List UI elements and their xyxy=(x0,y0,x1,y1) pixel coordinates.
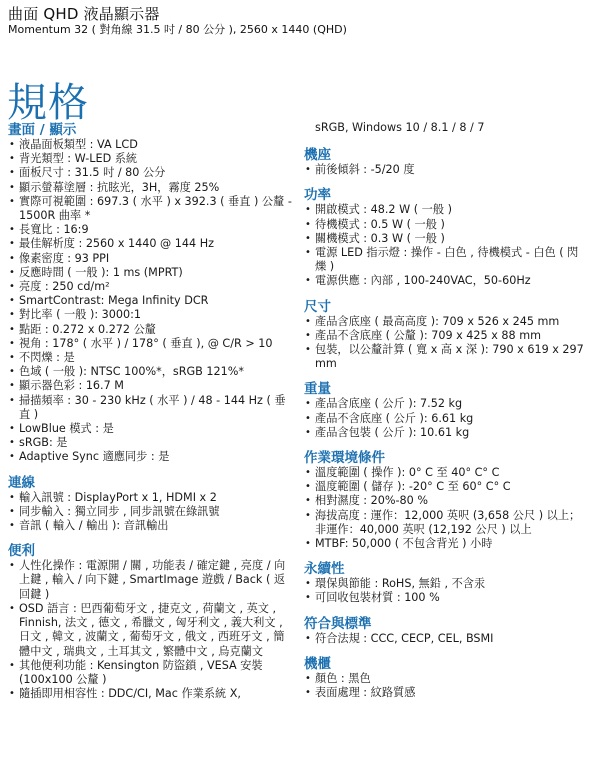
spec-list: 產品含底座 ( 公斤 ): 7.52 kg產品不含底座 ( 公斤 ): 6.61… xyxy=(304,397,586,440)
spec-item: 反應時間 ( 一般 ): 1 ms (MPRT) xyxy=(8,266,293,280)
spec-item: 待機模式 : 0.5 W ( 一般 ) xyxy=(304,218,586,232)
continued-spec-text: sRGB, Windows 10 / 8.1 / 8 / 7 xyxy=(304,121,586,135)
spec-item: 實際可視範圍 : 697.3 ( 水平 ) x 392.3 ( 垂直 ) 公釐 … xyxy=(8,195,293,223)
spec-item: 隨插即用相容性 : DDC/CI, Mac 作業系統 X, xyxy=(8,687,293,701)
spec-item: 不閃爍 : 是 xyxy=(8,351,293,365)
spec-item: 包裝，以公釐計算 ( 寬 x 高 x 深 ): 790 x 619 x 297 … xyxy=(304,343,586,371)
spec-list: 產品含底座 ( 最高高度 ): 709 x 526 x 245 mm產品不含底座… xyxy=(304,315,586,372)
spec-section: 機座前後傾斜 : -5/20 度 xyxy=(304,147,586,177)
spec-item: 溫度範圍 ( 儲存 ): -20° C 至 60° C° C xyxy=(304,480,586,494)
spec-item: 掃描頻率 : 30 - 230 kHz ( 水平 ) / 48 - 144 Hz… xyxy=(8,394,293,422)
spec-item: 最佳解析度 : 2560 x 1440 @ 144 Hz xyxy=(8,237,293,251)
product-subtitle: Momentum 32 ( 對角線 31.5 吋 / 80 公分 ), 2560… xyxy=(8,23,347,37)
spec-item: 長寬比 : 16:9 xyxy=(8,223,293,237)
spec-item: 開啟模式 : 48.2 W ( 一般 ) xyxy=(304,203,586,217)
spec-item: SmartContrast: Mega Infinity DCR xyxy=(8,294,293,308)
section-heading: 連線 xyxy=(8,475,293,491)
spec-item: 像素密度 : 93 PPI xyxy=(8,252,293,266)
spec-item: 點距 : 0.272 x 0.272 公釐 xyxy=(8,323,293,337)
spec-item: 產品含底座 ( 公斤 ): 7.52 kg xyxy=(304,397,586,411)
spec-item: Adaptive Sync 適應同步 : 是 xyxy=(8,450,293,464)
section-heading: 功率 xyxy=(304,187,586,203)
right-column: sRGB, Windows 10 / 8.1 / 8 / 7 機座前後傾斜 : … xyxy=(304,121,586,710)
spec-section: 機櫃顏色 : 黑色表面處理 : 紋路質感 xyxy=(304,656,586,700)
spec-item: LowBlue 模式 : 是 xyxy=(8,422,293,436)
section-heading: 作業環境條件 xyxy=(304,450,586,466)
section-heading: 機櫃 xyxy=(304,656,586,672)
spec-section: 連線輸入訊號 : DisplayPort x 1, HDMI x 2同步輸入 :… xyxy=(8,475,293,534)
spec-section: 重量產品含底座 ( 公斤 ): 7.52 kg產品不含底座 ( 公斤 ): 6.… xyxy=(304,381,586,440)
spec-item: 海拔高度 : 運作：12,000 英呎 (3,658 公尺 ) 以上；非運作：4… xyxy=(304,509,586,537)
spec-list: 溫度範圍 ( 操作 ): 0° C 至 40° C° C溫度範圍 ( 儲存 ):… xyxy=(304,466,586,551)
spec-item: 電源供應 : 內部 , 100-240VAC，50-60Hz xyxy=(304,274,586,288)
spec-item: 產品含包裝 ( 公斤 ): 10.61 kg xyxy=(304,426,586,440)
spec-list: 環保與節能 : RoHS, 無鉛 , 不含汞可回收包裝材質 : 100 % xyxy=(304,577,586,605)
spec-item: 對比率 ( 一般 ): 3000:1 xyxy=(8,308,293,322)
spec-item: 背光類型 : W-LED 系統 xyxy=(8,152,293,166)
section-heading: 機座 xyxy=(304,147,586,163)
spec-section: 作業環境條件溫度範圍 ( 操作 ): 0° C 至 40° C° C溫度範圍 (… xyxy=(304,450,586,551)
spec-list: 液晶面板類型 : VA LCD背光類型 : W-LED 系統面板尺寸 : 31.… xyxy=(8,138,293,465)
spec-item: 溫度範圍 ( 操作 ): 0° C 至 40° C° C xyxy=(304,466,586,480)
spec-list: 開啟模式 : 48.2 W ( 一般 )待機模式 : 0.5 W ( 一般 )關… xyxy=(304,203,586,288)
spec-section: 永續性環保與節能 : RoHS, 無鉛 , 不含汞可回收包裝材質 : 100 % xyxy=(304,561,586,605)
spec-item: 環保與節能 : RoHS, 無鉛 , 不含汞 xyxy=(304,577,586,591)
left-column: 畫面 / 顯示液晶面板類型 : VA LCD背光類型 : W-LED 系統面板尺… xyxy=(8,122,293,711)
section-heading: 畫面 / 顯示 xyxy=(8,122,293,138)
spec-item: OSD 語言 : 巴西葡萄牙文 , 捷克文 , 荷蘭文 , 英文 , Finni… xyxy=(8,602,293,659)
spec-section: 便利人性化操作 : 電源開 / 關 , 功能表 / 確定鍵 , 亮度 / 向上鍵… xyxy=(8,543,293,701)
spec-list: 顏色 : 黑色表面處理 : 紋路質感 xyxy=(304,672,586,700)
spec-item: sRGB: 是 xyxy=(8,436,293,450)
spec-item: 電源 LED 指示燈 : 操作 - 白色 , 待機模式 - 白色 ( 閃爍 ) xyxy=(304,246,586,274)
spec-item: 可回收包裝材質 : 100 % xyxy=(304,591,586,605)
spec-item: 同步輸入 : 獨立同步 , 同步訊號在綠訊號 xyxy=(8,505,293,519)
section-heading: 符合與標準 xyxy=(304,616,586,632)
spec-section: 尺寸產品含底座 ( 最高高度 ): 709 x 526 x 245 mm產品不含… xyxy=(304,299,586,372)
spec-item: 產品不含底座 ( 公斤 ): 6.61 kg xyxy=(304,412,586,426)
spec-section: 畫面 / 顯示液晶面板類型 : VA LCD背光類型 : W-LED 系統面板尺… xyxy=(8,122,293,465)
section-heading: 尺寸 xyxy=(304,299,586,315)
section-heading: 重量 xyxy=(304,381,586,397)
document-header: 曲面 QHD 液晶顯示器 Momentum 32 ( 對角線 31.5 吋 / … xyxy=(8,6,347,37)
spec-item: 顯示器色彩 : 16.7 M xyxy=(8,379,293,393)
spec-section: 功率開啟模式 : 48.2 W ( 一般 )待機模式 : 0.5 W ( 一般 … xyxy=(304,187,586,288)
spec-item: 音訊 ( 輸入 / 輸出 ): 音訊輸出 xyxy=(8,519,293,533)
spec-item: 符合法規 : CCC, CECP, CEL, BSMI xyxy=(304,632,586,646)
spec-item: 產品不含底座 ( 公釐 ): 709 x 425 x 88 mm xyxy=(304,329,586,343)
spec-item: 輸入訊號 : DisplayPort x 1, HDMI x 2 xyxy=(8,491,293,505)
spec-item: 液晶面板類型 : VA LCD xyxy=(8,138,293,152)
page-title: 規格 xyxy=(7,79,89,127)
spec-list: 前後傾斜 : -5/20 度 xyxy=(304,163,586,177)
spec-item: 相對濕度 : 20%-80 % xyxy=(304,494,586,508)
spec-list: 輸入訊號 : DisplayPort x 1, HDMI x 2同步輸入 : 獨… xyxy=(8,491,293,534)
spec-item: 顯示螢幕塗層 : 抗眩光，3H，霧度 25% xyxy=(8,181,293,195)
spec-item: 前後傾斜 : -5/20 度 xyxy=(304,163,586,177)
spec-item: 色域 ( 一般 ): NTSC 100%*，sRGB 121%* xyxy=(8,365,293,379)
spec-item: 產品含底座 ( 最高高度 ): 709 x 526 x 245 mm xyxy=(304,315,586,329)
spec-item: 表面處理 : 紋路質感 xyxy=(304,686,586,700)
spec-item: 顏色 : 黑色 xyxy=(304,672,586,686)
spec-list: 符合法規 : CCC, CECP, CEL, BSMI xyxy=(304,632,586,646)
section-heading: 永續性 xyxy=(304,561,586,577)
spec-item: 其他便利功能 : Kensington 防盜鎖 , VESA 安裝 (100x1… xyxy=(8,659,293,687)
spec-section: 符合與標準符合法規 : CCC, CECP, CEL, BSMI xyxy=(304,616,586,646)
section-heading: 便利 xyxy=(8,543,293,559)
spec-list: 人性化操作 : 電源開 / 關 , 功能表 / 確定鍵 , 亮度 / 向上鍵 ,… xyxy=(8,559,293,701)
spec-item: 關機模式 : 0.3 W ( 一般 ) xyxy=(304,232,586,246)
spec-item: 人性化操作 : 電源開 / 關 , 功能表 / 確定鍵 , 亮度 / 向上鍵 ,… xyxy=(8,559,293,602)
spec-item: 視角 : 178° ( 水平 ) / 178° ( 垂直 ), @ C/R > … xyxy=(8,337,293,351)
spec-item: MTBF: 50,000 ( 不包含背光 ) 小時 xyxy=(304,537,586,551)
spec-item: 亮度 : 250 cd/m² xyxy=(8,280,293,294)
spec-item: 面板尺寸 : 31.5 吋 / 80 公分 xyxy=(8,166,293,180)
product-title: 曲面 QHD 液晶顯示器 xyxy=(8,6,347,23)
